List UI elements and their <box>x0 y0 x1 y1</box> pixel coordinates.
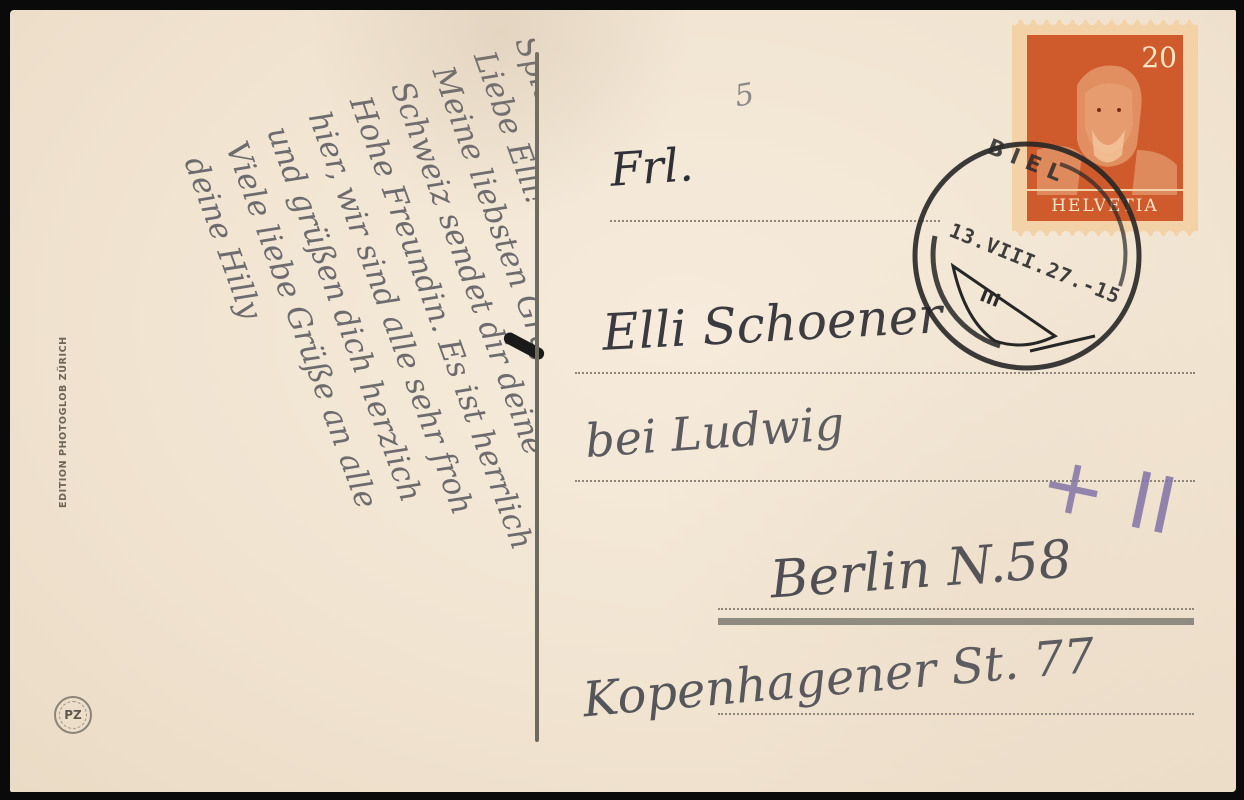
stamp-country: HELVETIA <box>1027 189 1183 221</box>
publisher-logo-icon: PZ <box>54 696 92 734</box>
center-divider <box>535 52 539 742</box>
postage-stamp: 20 HELVETIA <box>1025 33 1185 223</box>
publisher-imprint: EDITION PHOTOGLOB ZÜRICH <box>58 336 69 508</box>
address-line-2 <box>575 372 1195 374</box>
address-care-of: bei Ludwig <box>583 396 845 468</box>
publisher-logo-text: PZ <box>64 708 82 722</box>
address-honorific: Frl. <box>608 137 695 197</box>
stamp-value: 20 <box>1141 41 1177 74</box>
address-line-5 <box>718 713 1194 715</box>
address-name: Elli Schoener <box>601 286 944 362</box>
address-line-1 <box>610 220 940 222</box>
message-area: Spiez den 13. August 27. Liebe Elli! Mei… <box>75 30 535 790</box>
address-city: Berlin N.58 <box>768 530 1073 611</box>
destination-underline <box>718 618 1194 625</box>
pencil-note: 5 <box>732 77 757 115</box>
message-text: Spiez den 13. August 27. Liebe Elli! Mei… <box>173 30 535 616</box>
